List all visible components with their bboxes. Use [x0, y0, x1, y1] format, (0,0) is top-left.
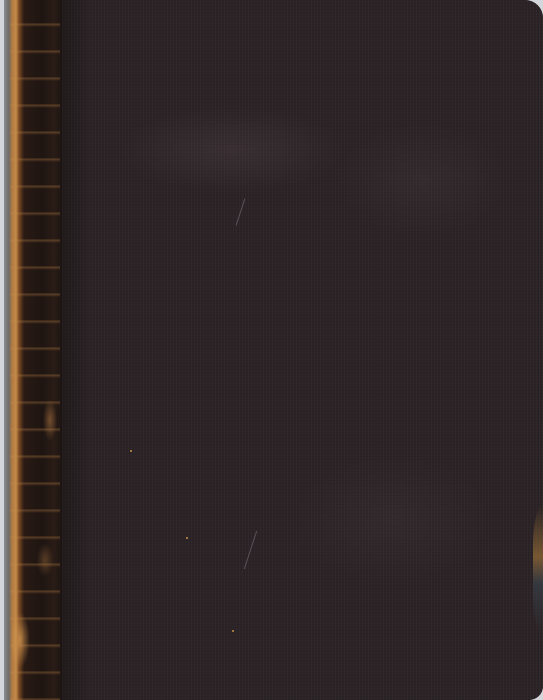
spine-wear	[10, 0, 60, 700]
gold-fleck	[232, 630, 234, 632]
book-cover	[4, 0, 543, 700]
gold-fleck	[130, 450, 132, 452]
cloth-cover-panel	[62, 0, 543, 700]
edge-wear	[533, 505, 543, 635]
scratch-mark	[236, 199, 246, 226]
scratch-mark	[244, 531, 257, 569]
gold-fleck	[186, 537, 188, 539]
